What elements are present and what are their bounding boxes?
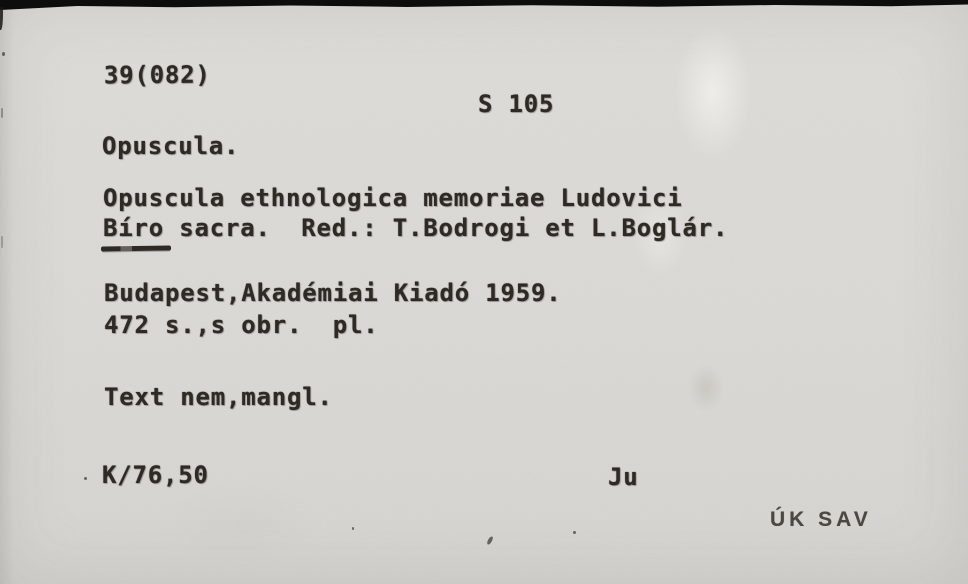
shelf-mark: S 105	[478, 92, 554, 116]
ink-speck	[573, 531, 576, 534]
library-stamp: ÚK SAV	[770, 509, 872, 531]
heading: Opuscula.	[102, 134, 239, 158]
author-name-underlined: Bíro	[103, 214, 164, 242]
title-line-2: Bíro sacra. Red.: T.Bodrogi et L.Boglár.	[103, 216, 728, 240]
title-line-2-rest: sacra. Red.: T.Bodrogi et L.Boglár.	[164, 214, 728, 242]
ink-speck	[84, 477, 87, 480]
price-code: K/76,50	[102, 463, 209, 487]
ink-speck	[486, 536, 493, 546]
cataloguer-initials: Ju	[608, 465, 639, 489]
title-line-1: Opuscula ethnologica memoriae Ludovici	[103, 186, 682, 210]
language-note: Text nem,mangl.	[104, 385, 333, 409]
ink-speck	[2, 52, 5, 56]
collation-statement: 472 s.,s obr. pl.	[104, 313, 379, 337]
ink-speck	[1, 108, 3, 118]
scan-edge-top	[0, 0, 968, 10]
scanned-catalog-card: 39(082) S 105 Opuscula. Opuscula ethnolo…	[0, 0, 968, 584]
author-underline-mark	[101, 246, 171, 252]
ink-speck	[1, 236, 3, 248]
ink-speck	[352, 527, 354, 530]
imprint-statement: Budapest,Akadémiai Kiadó 1959.	[104, 281, 561, 305]
scan-edge-left-mark	[0, 7, 3, 30]
classification-number: 39(082)	[104, 63, 211, 88]
